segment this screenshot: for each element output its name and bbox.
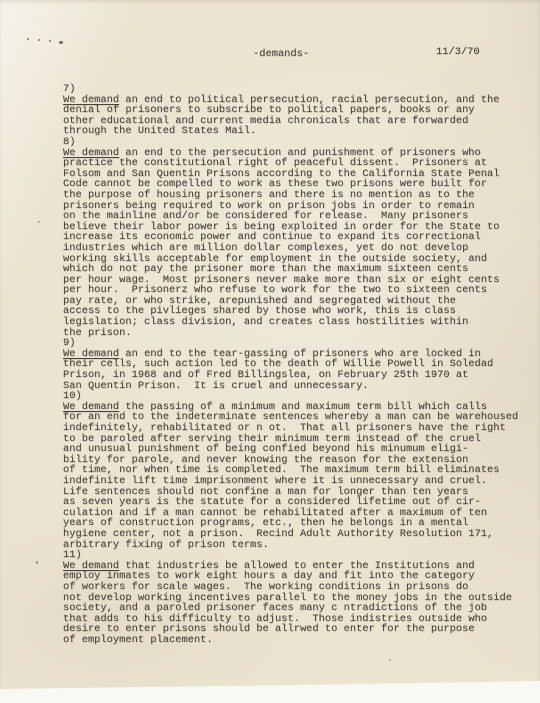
demand-item: 11)We demand that industries be allowed …	[63, 550, 533, 645]
demand-line: San Quentin Prison. It is cruel and unne…	[63, 381, 533, 392]
stray-mark	[49, 40, 51, 42]
demand-line: of employment placement.	[63, 635, 533, 646]
demand-item: 7)We demand an end to political persecut…	[63, 84, 533, 137]
demand-item: 8)We demand an end to the persecution an…	[63, 137, 533, 338]
demand-line: legislation; class division, and creates…	[63, 317, 533, 328]
demand-line: arbitrary fixing of prison terms.	[63, 540, 533, 551]
document-page: -demands- 11/3/70 7)We demand an end to …	[0, 0, 540, 692]
scanned-document: -demands- 11/3/70 7)We demand an end to …	[0, 0, 540, 703]
stray-mark	[59, 41, 63, 44]
demand-line: the purpose of housing prisoners and the…	[63, 190, 533, 201]
page-title: -demands-	[253, 49, 309, 60]
stray-mark	[389, 659, 391, 661]
stray-mark	[27, 38, 29, 40]
demand-line: industries which are million dollar comp…	[63, 243, 533, 254]
demand-line: the prison.	[63, 328, 533, 339]
demand-line: of workers for scale wages. The working …	[63, 582, 533, 593]
stray-mark	[38, 39, 40, 41]
demand-line: hygiene center, not a prison. Recind Adu…	[63, 529, 533, 540]
demand-line: indefinitely, rehabilitated or n ot. Tha…	[63, 423, 533, 434]
stray-mark	[36, 561, 38, 564]
date-stamp: 11/3/70	[436, 47, 480, 58]
demand-line: through the United States Mail.	[63, 126, 533, 137]
demand-item: 9)We demand an end to the tear-gassing o…	[63, 338, 533, 391]
demand-item: 10)We demand the passing of a minimum an…	[63, 391, 533, 550]
stray-mark	[38, 221, 40, 223]
demand-line: indefinite lift time imprisonment where …	[63, 476, 533, 487]
demands-list: 7)We demand an end to political persecut…	[63, 84, 533, 645]
